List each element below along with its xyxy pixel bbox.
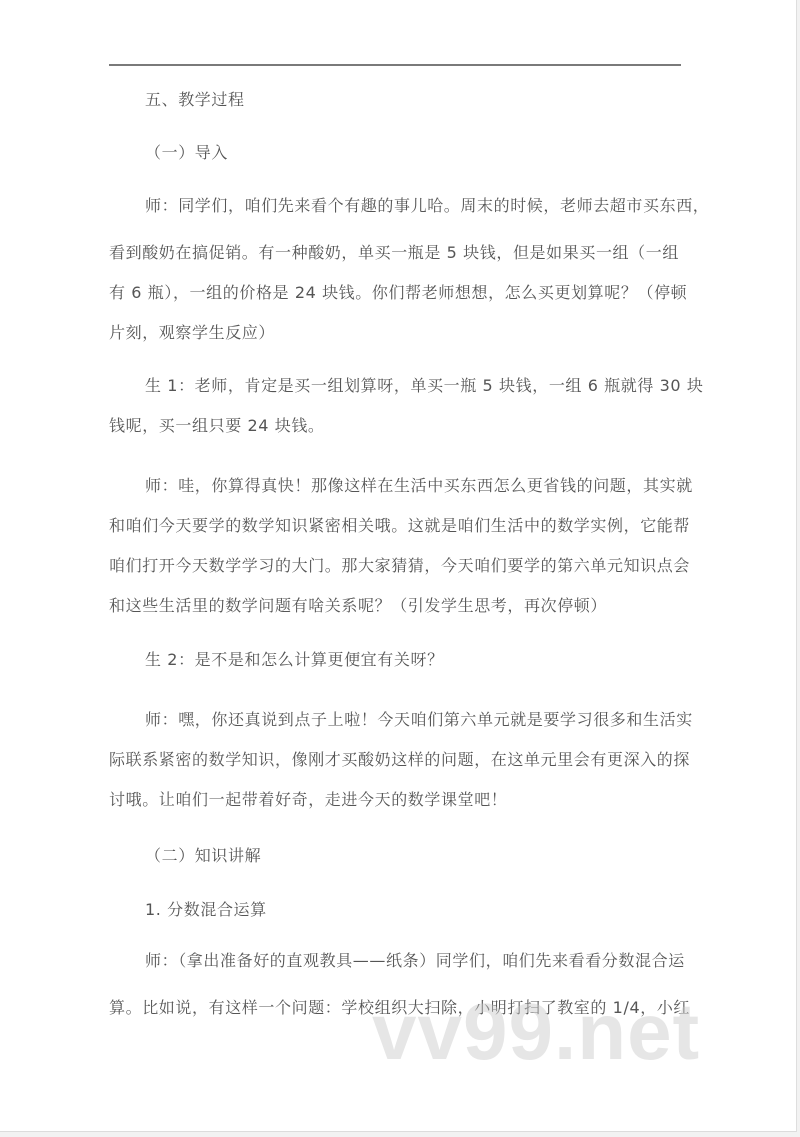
subsection-title-knowledge: （二）知识讲解 — [145, 846, 261, 866]
subsection-title-intro: （一）导入 — [145, 143, 228, 163]
paragraph-line: 师：哇，你算得真快！那像这样在生活中买东西怎么更省钱的问题，其实就 — [145, 476, 693, 496]
paragraph-line: 际联系紧密的数学知识，像刚才买酸奶这样的问题，在这单元里会有更深入的探 — [109, 750, 690, 770]
paragraph-line: 师：（拿出准备好的直观教具——纸条）同学们，咱们先来看看分数混合运 — [145, 951, 685, 971]
paragraph-line: 师：嘿，你还真说到点子上啦！今天咱们第六单元就是要学习很多和生活实 — [145, 710, 693, 730]
paragraph-line: 钱呢，买一组只要 24 块钱。 — [109, 416, 325, 436]
paragraph-line: 师：同学们，咱们先来看个有趣的事儿哈。周末的时候，老师去超市买东西， — [145, 196, 709, 216]
paragraph-line: 看到酸奶在搞促销。有一种酸奶，单买一瓶是 5 块钱，但是如果买一组（一组 — [109, 243, 679, 263]
paragraph-line: 和这些生活里的数学问题有啥关系呢？（引发学生思考，再次停顿） — [109, 596, 607, 616]
paragraph-line: 生 1：老师，肯定是买一组划算呀，单买一瓶 5 块钱，一组 6 瓶就得 30 块 — [145, 376, 704, 396]
paragraph-line: 讨哦。让咱们一起带着好奇，走进今天的数学课堂吧！ — [109, 790, 507, 810]
paragraph-line: 片刻，观察学生反应） — [109, 323, 275, 343]
paragraph-line: 咱们打开今天数学学习的大门。那大家猜猜，今天咱们要学的第六单元知识点会 — [109, 556, 690, 576]
document-page: 五、教学过程 （一）导入 师：同学们，咱们先来看个有趣的事儿哈。周末的时候，老师… — [0, 0, 797, 1132]
section-title: 五、教学过程 — [145, 90, 245, 110]
paragraph-line: 有 6 瓶），一组的价格是 24 块钱。你们帮老师想想，怎么买更划算呢？（停顿 — [109, 283, 687, 303]
item-title-fraction-operations: 1. 分数混合运算 — [145, 900, 267, 920]
paragraph-line: 生 2：是不是和怎么计算更便宜有关呀？ — [145, 650, 444, 670]
paragraph-line: 和咱们今天要学的数学知识紧密相关哦。这就是咱们生活中的数学实例，它能帮 — [109, 516, 690, 536]
header-rule — [109, 64, 681, 66]
paragraph-line: 算。比如说，有这样一个问题：学校组织大扫除，小明打扫了教室的 1/4，小红 — [109, 998, 690, 1018]
